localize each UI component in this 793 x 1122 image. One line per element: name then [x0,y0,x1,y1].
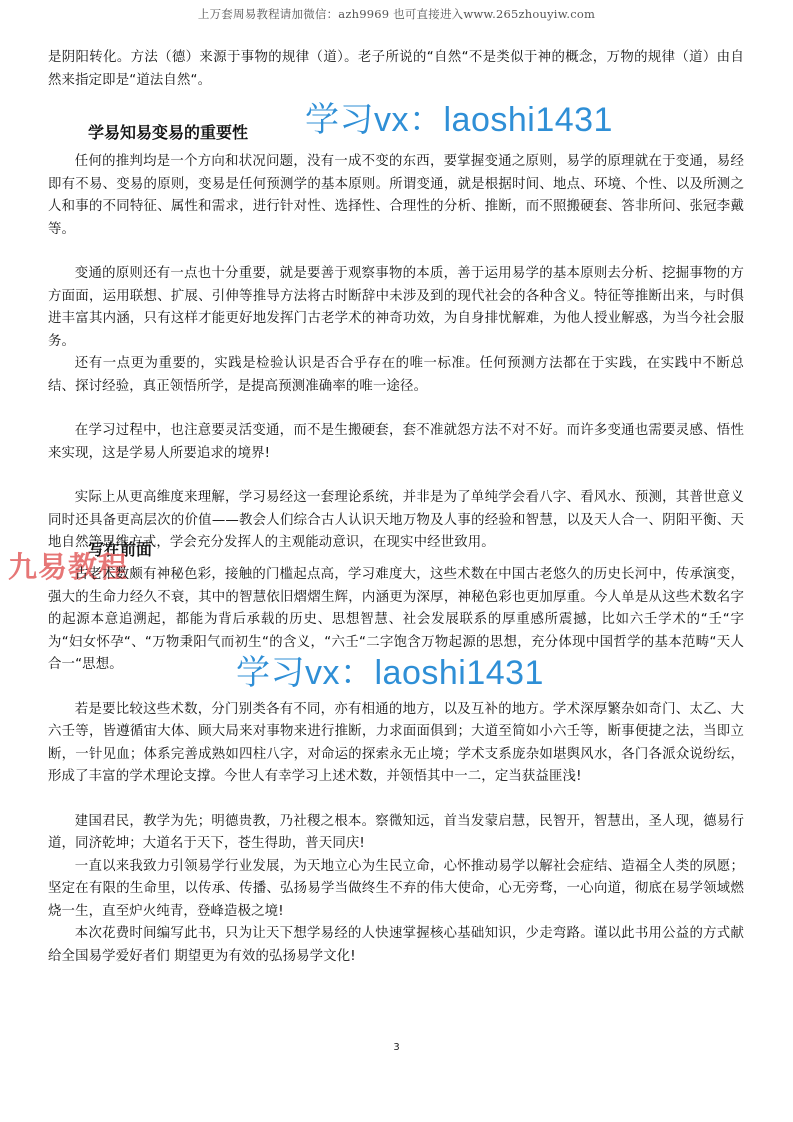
section2-body: 古老术数颇有神秘色彩，接触的门槛起点高，学习难度大，这些术数在中国古老悠久的历史… [48,564,744,968]
section2-paragraph-4: 一直以来我致力引领易学行业发展，为天地立心为生民立命，心怀推动易学以解社会症结、… [48,856,744,924]
section1-paragraph-1: 任何的推判均是一个方向和状况问题，没有一成不变的东西，要掌握变通之原则，易学的原… [48,151,744,241]
page-header-banner: 上万套周易教程请加微信：azh9969 也可直接进入www.265zhouyiw… [0,6,793,22]
section-title-importance: 学易知易变易的重要性 [88,120,248,143]
watermark-contact-2: 学习vx：laoshi1431 [236,645,544,694]
intro-block: 是阴阳转化。方法（德）来源于事物的规律（道）。老子所说的“自然“不是类似于神的概… [48,47,744,92]
section2-paragraph-5: 本次花费时间编写此书，只为让天下想学易经的人快速掌握核心基础知识，少走弯路。谨以… [48,923,744,968]
section1-paragraph-3: 还有一点更为重要的，实践是检验认识是否合乎存在的唯一标准。任何预测方法都在于实践… [48,353,744,398]
intro-paragraph: 是阴阳转化。方法（德）来源于事物的规律（道）。老子所说的“自然“不是类似于神的概… [48,47,744,92]
page-number: 3 [0,1042,793,1053]
section1-body: 任何的推判均是一个方向和状况问题，没有一成不变的东西，要掌握变通之原则，易学的原… [48,151,744,555]
section1-paragraph-2: 变通的原则还有一点也十分重要，就是要善于观察事物的本质，善于运用易学的基本原则去… [48,263,744,353]
section2-paragraph-3: 建国君民，教学为先；明德贵教，乃社稷之根本。察微知远，首当发蒙启慧，民智开，智慧… [48,811,744,856]
section1-paragraph-5: 实际上从更高维度来理解，学习易经这一套理论系统，并非是为了单纯学会看八字、看风水… [48,487,744,555]
section2-paragraph-2: 若是要比较这些术数，分门别类各有不同，亦有相通的地方，以及互补的地方。学术深厚繁… [48,699,744,789]
section1-paragraph-4: 在学习过程中，也注意要灵活变通，而不是生搬硬套，套不准就怨方法不对不好。而许多变… [48,420,744,465]
watermark-contact-1: 学习vx：laoshi1431 [305,92,613,141]
